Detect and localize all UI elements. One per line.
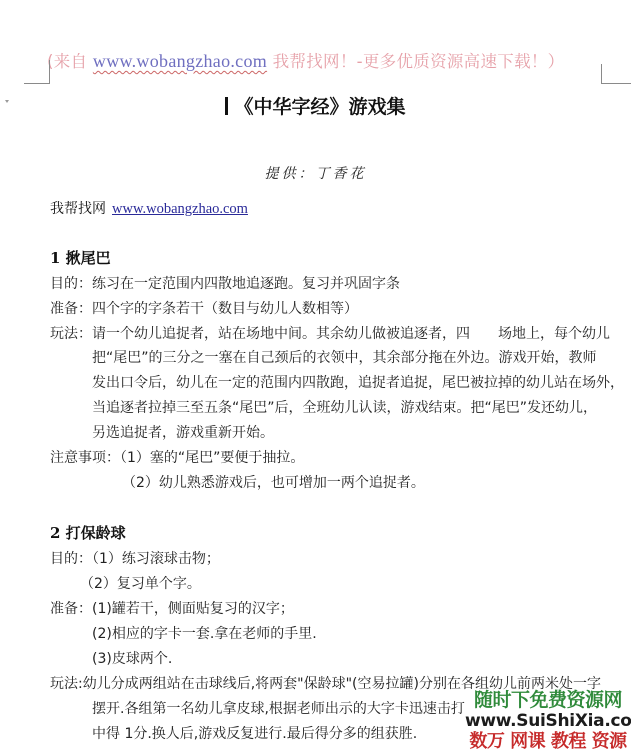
game-1-notes: 注意事项：（1）塞的“尾巴”要便于抽拉。 (50, 447, 304, 467)
text-cursor (225, 97, 228, 115)
game-1-title: 1 揪尾巴 (50, 247, 111, 268)
header-suffix: 我帮找网！-更多优质资源高速下载！） (267, 52, 564, 71)
game-1-method-cont-3: 当追逐者拉掉三至五条“尾巴”后，全班幼儿认读，游戏结束。把“尾巴”发还幼儿， (92, 397, 597, 417)
margin-mark-right-vertical (601, 64, 602, 84)
game-1-method: 玩法：请一个幼儿追捉者，站在场地中间。其余幼儿做被追逐者，四 场地上，每个幼儿 (50, 323, 610, 343)
game-1-purpose: 目的：练习在一定范围内四散地追逐跑。复习并巩固字条 (50, 273, 400, 293)
provider-line: 提供：丁香花 (0, 163, 631, 183)
margin-mark-left-vertical (49, 60, 50, 84)
site-watermark: 随时下免费资源网 www.SuiShiXia.com 数万 网课 教程 资源 (465, 690, 631, 754)
game-2-purpose-2: （2）复习单个字。 (80, 573, 201, 593)
game-1-notes-2: （2）幼儿熟悉游戏后，也可增加一两个追捉者。 (122, 472, 425, 492)
watermark-line-2: www.SuiShiXia.com (465, 711, 631, 731)
header-source-note: (来自 www.wobangzhao.com 我帮找网！-更多优质资源高速下载！… (47, 48, 564, 72)
game-1-method-cont-1: 把“尾巴”的三分之一塞在自己颈后的衣领中，其余部分拖在外边。游戏开始，教师 (92, 347, 597, 367)
site-link[interactable]: www.wobangzhao.com (112, 201, 248, 217)
game-2-preparation: 准备：(1)罐若干，侧面贴复习的汉字； (50, 598, 294, 618)
game-1-preparation: 准备：四个字的字条若干（数目与幼儿人数相等） (50, 298, 358, 318)
margin-mark-left-horizontal (24, 83, 50, 84)
watermark-line-1: 随时下免费资源网 (465, 690, 631, 711)
header-url-link[interactable]: www.wobangzhao.com (93, 51, 267, 71)
header-prefix: (来自 (47, 52, 93, 71)
document-title: 《中华字经》游戏集 (0, 92, 631, 119)
game-1-method-cont-2: 发出口令后，幼儿在一定的范围内四散跑，追捉者追捉，尾巴被拉掉的幼儿站在场外， (92, 372, 624, 392)
game-2-method-cont-2: 中得 1分.换人后,游戏反复进行.最后得分多的组获胜. (92, 723, 417, 743)
game-2-method-cont-1: 摆开.各组第一名幼儿拿皮球,根据老师出示的大字卡迅速击打 (92, 698, 465, 718)
game-2-title: 2 打保龄球 (50, 522, 126, 543)
game-2-preparation-2: (2)相应的字卡一套.拿在老师的手里. (92, 623, 317, 643)
site-label: 我帮找网 (50, 201, 106, 217)
game-2-preparation-3: (3)皮球两个. (92, 648, 172, 668)
game-2-purpose: 目的：（1）练习滚球击物； (50, 548, 220, 568)
game-1-method-cont-4: 另选追捉者，游戏重新开始。 (92, 422, 274, 442)
document-title-text: 《中华字经》游戏集 (234, 96, 405, 118)
site-line: 我帮找网www.wobangzhao.com (50, 198, 248, 218)
margin-mark-right-horizontal (601, 83, 631, 84)
watermark-line-3: 数万 网课 教程 资源 (465, 731, 631, 752)
